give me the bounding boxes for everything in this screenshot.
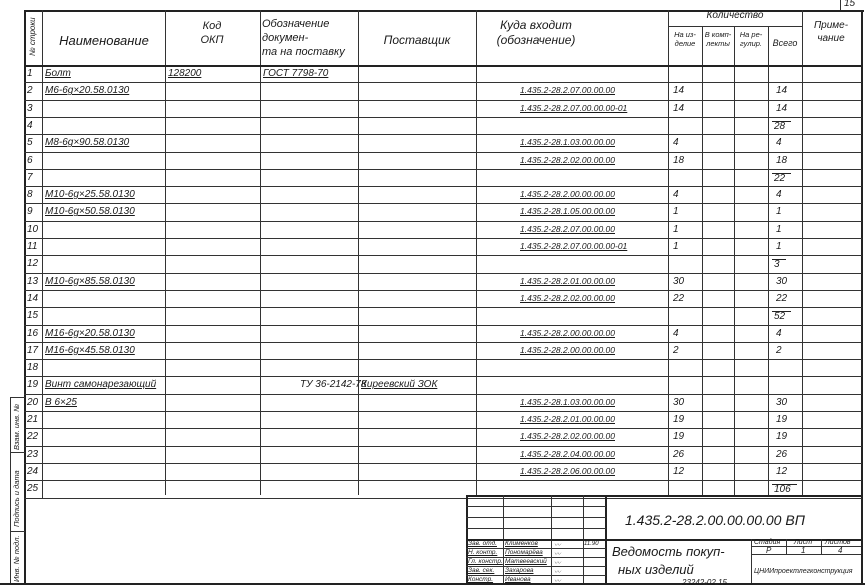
header-name: Наименование [44, 33, 164, 49]
row-divider [24, 480, 862, 481]
cell-qty-total: 106 [772, 484, 797, 495]
cell-qty-total: 14 [776, 86, 787, 96]
row-number: 18 [27, 363, 38, 373]
row-number: 20 [27, 398, 38, 408]
cell-qty-product: 18 [673, 156, 684, 166]
cell-where: 1.435.2-28.1.05.00.00.00 [520, 207, 615, 216]
row-number: 25 [27, 484, 38, 494]
row-divider [24, 411, 862, 412]
row-number: 17 [27, 346, 38, 356]
tb-bottom-number: 23242-02 15 [682, 578, 727, 585]
cell-name: М16-6g×20.58.0130 [45, 329, 135, 339]
header-qty-product: На из- делие [668, 30, 702, 49]
column-divider [702, 26, 703, 495]
row-number: 7 [27, 173, 33, 183]
row-number: 10 [27, 225, 38, 235]
row-number: 23 [27, 450, 38, 460]
cell-qty-total: 52 [772, 311, 791, 322]
cell-qty-total: 4 [776, 190, 782, 200]
cell-qty-total: 19 [776, 415, 787, 425]
row-number: 5 [27, 138, 33, 148]
header-qty-product-l2: делие [668, 39, 702, 48]
tb-organization: ЦНИИпроектлегконструкция [754, 568, 852, 575]
cell-qty-product: 19 [673, 432, 684, 442]
cell-name: М6-6g×20.58.0130 [45, 86, 129, 96]
cell-qty-total: 28 [772, 121, 791, 132]
row-number: 14 [27, 294, 38, 304]
cell-name: М10-6g×85.58.0130 [45, 277, 135, 287]
cell-qty-product: 14 [673, 104, 684, 114]
row-number: 3 [27, 104, 33, 114]
cell-qty-product: 30 [673, 277, 684, 287]
cell-qty-product: 1 [673, 225, 679, 235]
tb-person: Иванова [505, 576, 531, 583]
header-qty: Количество [668, 10, 802, 23]
cell-name: М8-6g×90.58.0130 [45, 138, 129, 148]
margin-stamp-div2 [10, 531, 25, 532]
header-qty-product-l1: На из- [668, 30, 702, 39]
cell-qty-total: 1 [776, 207, 782, 217]
tb-role: Зав. сек. [468, 567, 494, 574]
row-number: 2 [27, 86, 33, 96]
header-qty-kits-l1: В комп- [702, 30, 734, 39]
signature-mark: 〰 [554, 576, 561, 585]
cell-qty-product: 22 [673, 294, 684, 304]
row-divider [24, 152, 862, 153]
row-divider [24, 376, 862, 377]
header-qty-kits-l2: лекты [702, 39, 734, 48]
row-number: 12 [27, 259, 38, 269]
cell-where: 1.435.2-28.2.04.00.00.00 [520, 450, 615, 459]
header-where: Куда входит (обозначение) [476, 18, 596, 48]
cell-qty-product: 1 [673, 242, 679, 252]
header-qty-repair: На ре- гулир. [734, 30, 768, 49]
row-divider [24, 169, 862, 170]
row-divider [24, 100, 862, 101]
tb-role: Зав. отд. [468, 540, 497, 547]
header-where-line1: Куда входит [476, 18, 596, 33]
row-divider [24, 134, 862, 135]
margin-stamp-border [10, 397, 11, 583]
tb-person: Пономарёва [505, 549, 543, 556]
cell-where: 1.435.2-28.2.01.00.00.00 [520, 415, 615, 424]
row-number: 8 [27, 190, 33, 200]
column-divider [768, 26, 769, 495]
cell-qty-total: 4 [776, 329, 782, 339]
tb-person: Клименков [505, 540, 538, 547]
header-note: Приме- чание [802, 20, 860, 45]
header-doc: Обозначение докумен- та на поставку [260, 18, 360, 59]
tb-r2 [466, 517, 606, 518]
signature-mark: 〰 [554, 567, 561, 576]
cell-qty-total: 3 [772, 259, 786, 270]
cell-where: 1.435.2-28.2.07.00.00.00 [520, 225, 615, 234]
qty-subheader-line [668, 26, 802, 27]
margin-label-inventory: Инв. № подл. [12, 535, 21, 582]
cell-where: 1.435.2-28.2.07.00.00.00 [520, 86, 615, 95]
margin-stamp-div1 [10, 452, 25, 453]
cell-code: 128200 [168, 69, 201, 79]
cell-qty-product: 12 [673, 467, 684, 477]
signature-mark: 〰 [554, 558, 561, 567]
drawing-sheet: 15 № строки Наименование Код ОКП Обознач… [0, 0, 865, 585]
tb-person: Захарова [505, 567, 534, 574]
row-number: 9 [27, 207, 33, 217]
cell-qty-total: 18 [776, 156, 787, 166]
sheet-corner-number: 15 [844, 0, 855, 9]
cell-qty-total: 4 [776, 138, 782, 148]
row-divider [24, 186, 862, 187]
margin-label-signature: Подпись и дата [12, 470, 21, 527]
cell-qty-product: 14 [673, 86, 684, 96]
frame-right [861, 10, 863, 585]
header-note-l1: Приме- [802, 20, 860, 33]
tb-sheet-value: 1 [801, 546, 805, 555]
row-divider [24, 394, 862, 395]
tb-sheets-label: Листов [825, 539, 851, 546]
row-number: 19 [27, 380, 38, 390]
row-number: 22 [27, 432, 38, 442]
cell-qty-product: 4 [673, 190, 679, 200]
cell-name: М16-6g×45.58.0130 [45, 346, 135, 356]
row-number: 1 [27, 69, 33, 79]
cell-qty-product: 30 [673, 398, 684, 408]
cell-where: 1.435.2-28.2.02.00.00.00 [520, 432, 615, 441]
cell-qty-total: 26 [776, 450, 787, 460]
row-number: 4 [27, 121, 33, 131]
cell-name: Болт [45, 69, 71, 79]
tb-stage-label: Стадия [754, 539, 780, 546]
cell-where: 1.435.2-28.2.00.00.00.00 [520, 329, 615, 338]
header-qty-repair-l1: На ре- [734, 30, 768, 39]
title-block-top [466, 495, 862, 497]
cell-doc: ТУ 36-2142-78 [300, 380, 366, 390]
cell-where: 1.435.2-28.2.00.00.00.00 [520, 346, 615, 355]
cell-qty-total: 1 [776, 225, 782, 235]
tb-designation: 1.435.2-28.2.00.00.00.00 ВП [625, 512, 805, 528]
row-divider [24, 463, 862, 464]
corner-divider [840, 0, 841, 10]
cell-qty-product: 4 [673, 329, 679, 339]
row-divider [24, 428, 862, 429]
row-divider [24, 307, 862, 308]
row-number: 24 [27, 467, 38, 477]
margin-label-replace: Взам. инв. № [12, 404, 21, 450]
cell-qty-total: 14 [776, 104, 787, 114]
cell-name: Винт самонарезающий [45, 380, 156, 390]
row-divider [24, 325, 862, 326]
header-note-l2: чание [802, 33, 860, 46]
cell-where: 1.435.2-28.2.01.00.00.00 [520, 277, 615, 286]
tb-r3 [466, 528, 606, 529]
cell-name: М10-6g×25.58.0130 [45, 190, 135, 200]
cell-qty-product: 19 [673, 415, 684, 425]
tb-person: Матвеевский [505, 558, 547, 565]
row-divider [24, 82, 862, 83]
header-where-line2: (обозначение) [476, 33, 596, 48]
cell-qty-total: 1 [776, 242, 782, 252]
header-row-number: № строки [28, 17, 37, 56]
row-divider [24, 359, 862, 360]
tb-role: Гл. констр. [468, 558, 503, 565]
cell-qty-total: 19 [776, 432, 787, 442]
signature-mark: 〰 [554, 540, 561, 549]
header-code-line1: Код [165, 20, 259, 34]
cell-supplier: Киреевский ЗОК [361, 380, 437, 390]
cell-where: 1.435.2-28.2.02.00.00.00 [520, 294, 615, 303]
row-number: 15 [27, 311, 38, 321]
row-divider [24, 117, 862, 118]
tb-sheets-value: 4 [838, 546, 842, 555]
cell-qty-product: 1 [673, 207, 679, 217]
row-number: 21 [27, 415, 38, 425]
header-qty-kits: В комп- лекты [702, 30, 734, 49]
tb-role: Н. контр. [468, 549, 497, 556]
row-divider [24, 273, 862, 274]
row-number: 6 [27, 156, 33, 166]
row-divider [24, 203, 862, 204]
row-divider [24, 238, 862, 239]
tb-sheet-label: Лист [794, 539, 812, 546]
cell-where: 1.435.2-28.2.06.00.00.00 [520, 467, 615, 476]
cell-qty-product: 26 [673, 450, 684, 460]
row-divider [24, 446, 862, 447]
margin-stamp-top [10, 397, 25, 398]
tb-date: 11.90 [584, 541, 599, 547]
cell-qty-total: 22 [772, 173, 791, 184]
tb-stage-value: Р [766, 546, 771, 555]
header-qty-repair-l2: гулир. [734, 39, 768, 48]
row-divider [24, 255, 862, 256]
tb-role: Констр. [468, 576, 493, 583]
column-divider [734, 26, 735, 495]
cell-name: М10-6g×50.58.0130 [45, 207, 135, 217]
row-number: 11 [27, 242, 37, 252]
row-number: 13 [27, 277, 38, 287]
cell-where: 1.435.2-28.2.07.00.00.00-01 [520, 242, 627, 251]
header-doc-line1: Обозначение докумен- [262, 18, 360, 46]
cell-name: В 6×25 [45, 398, 77, 408]
cell-qty-total: 30 [776, 398, 787, 408]
row-number: 16 [27, 329, 38, 339]
cell-where: 1.435.2-28.2.07.00.00.00-01 [520, 104, 627, 113]
cell-where: 1.435.2-28.2.00.00.00.00 [520, 190, 615, 199]
header-supplier: Поставщик [358, 33, 476, 48]
cell-qty-product: 2 [673, 346, 679, 356]
header-code-line2: ОКП [165, 34, 259, 48]
row-divider [24, 498, 862, 499]
cell-doc: ГОСТ 7798-70 [263, 69, 328, 79]
header-qty-total: Всего [768, 38, 802, 49]
cell-qty-total: 22 [776, 294, 787, 304]
row-divider [24, 290, 862, 291]
signature-mark: 〰 [554, 549, 561, 558]
cell-where: 1.435.2-28.1.03.00.00.00 [520, 398, 615, 407]
cell-qty-total: 12 [776, 467, 787, 477]
header-bottom-line [24, 65, 862, 67]
header-doc-line2: та на поставку [262, 46, 360, 60]
cell-qty-total: 30 [776, 277, 787, 287]
tb-doc-name-line1: Ведомость покуп- [612, 544, 725, 559]
cell-where: 1.435.2-28.2.02.00.00.00 [520, 156, 615, 165]
frame-left [24, 10, 26, 585]
cell-where: 1.435.2-28.1.03.00.00.00 [520, 138, 615, 147]
cell-qty-product: 4 [673, 138, 679, 148]
row-divider [24, 342, 862, 343]
cell-qty-total: 2 [776, 346, 782, 356]
row-divider [24, 221, 862, 222]
header-code: Код ОКП [165, 20, 259, 48]
tb-doc-name-line2: ных изделий [618, 562, 694, 577]
tb-r1 [466, 506, 606, 507]
